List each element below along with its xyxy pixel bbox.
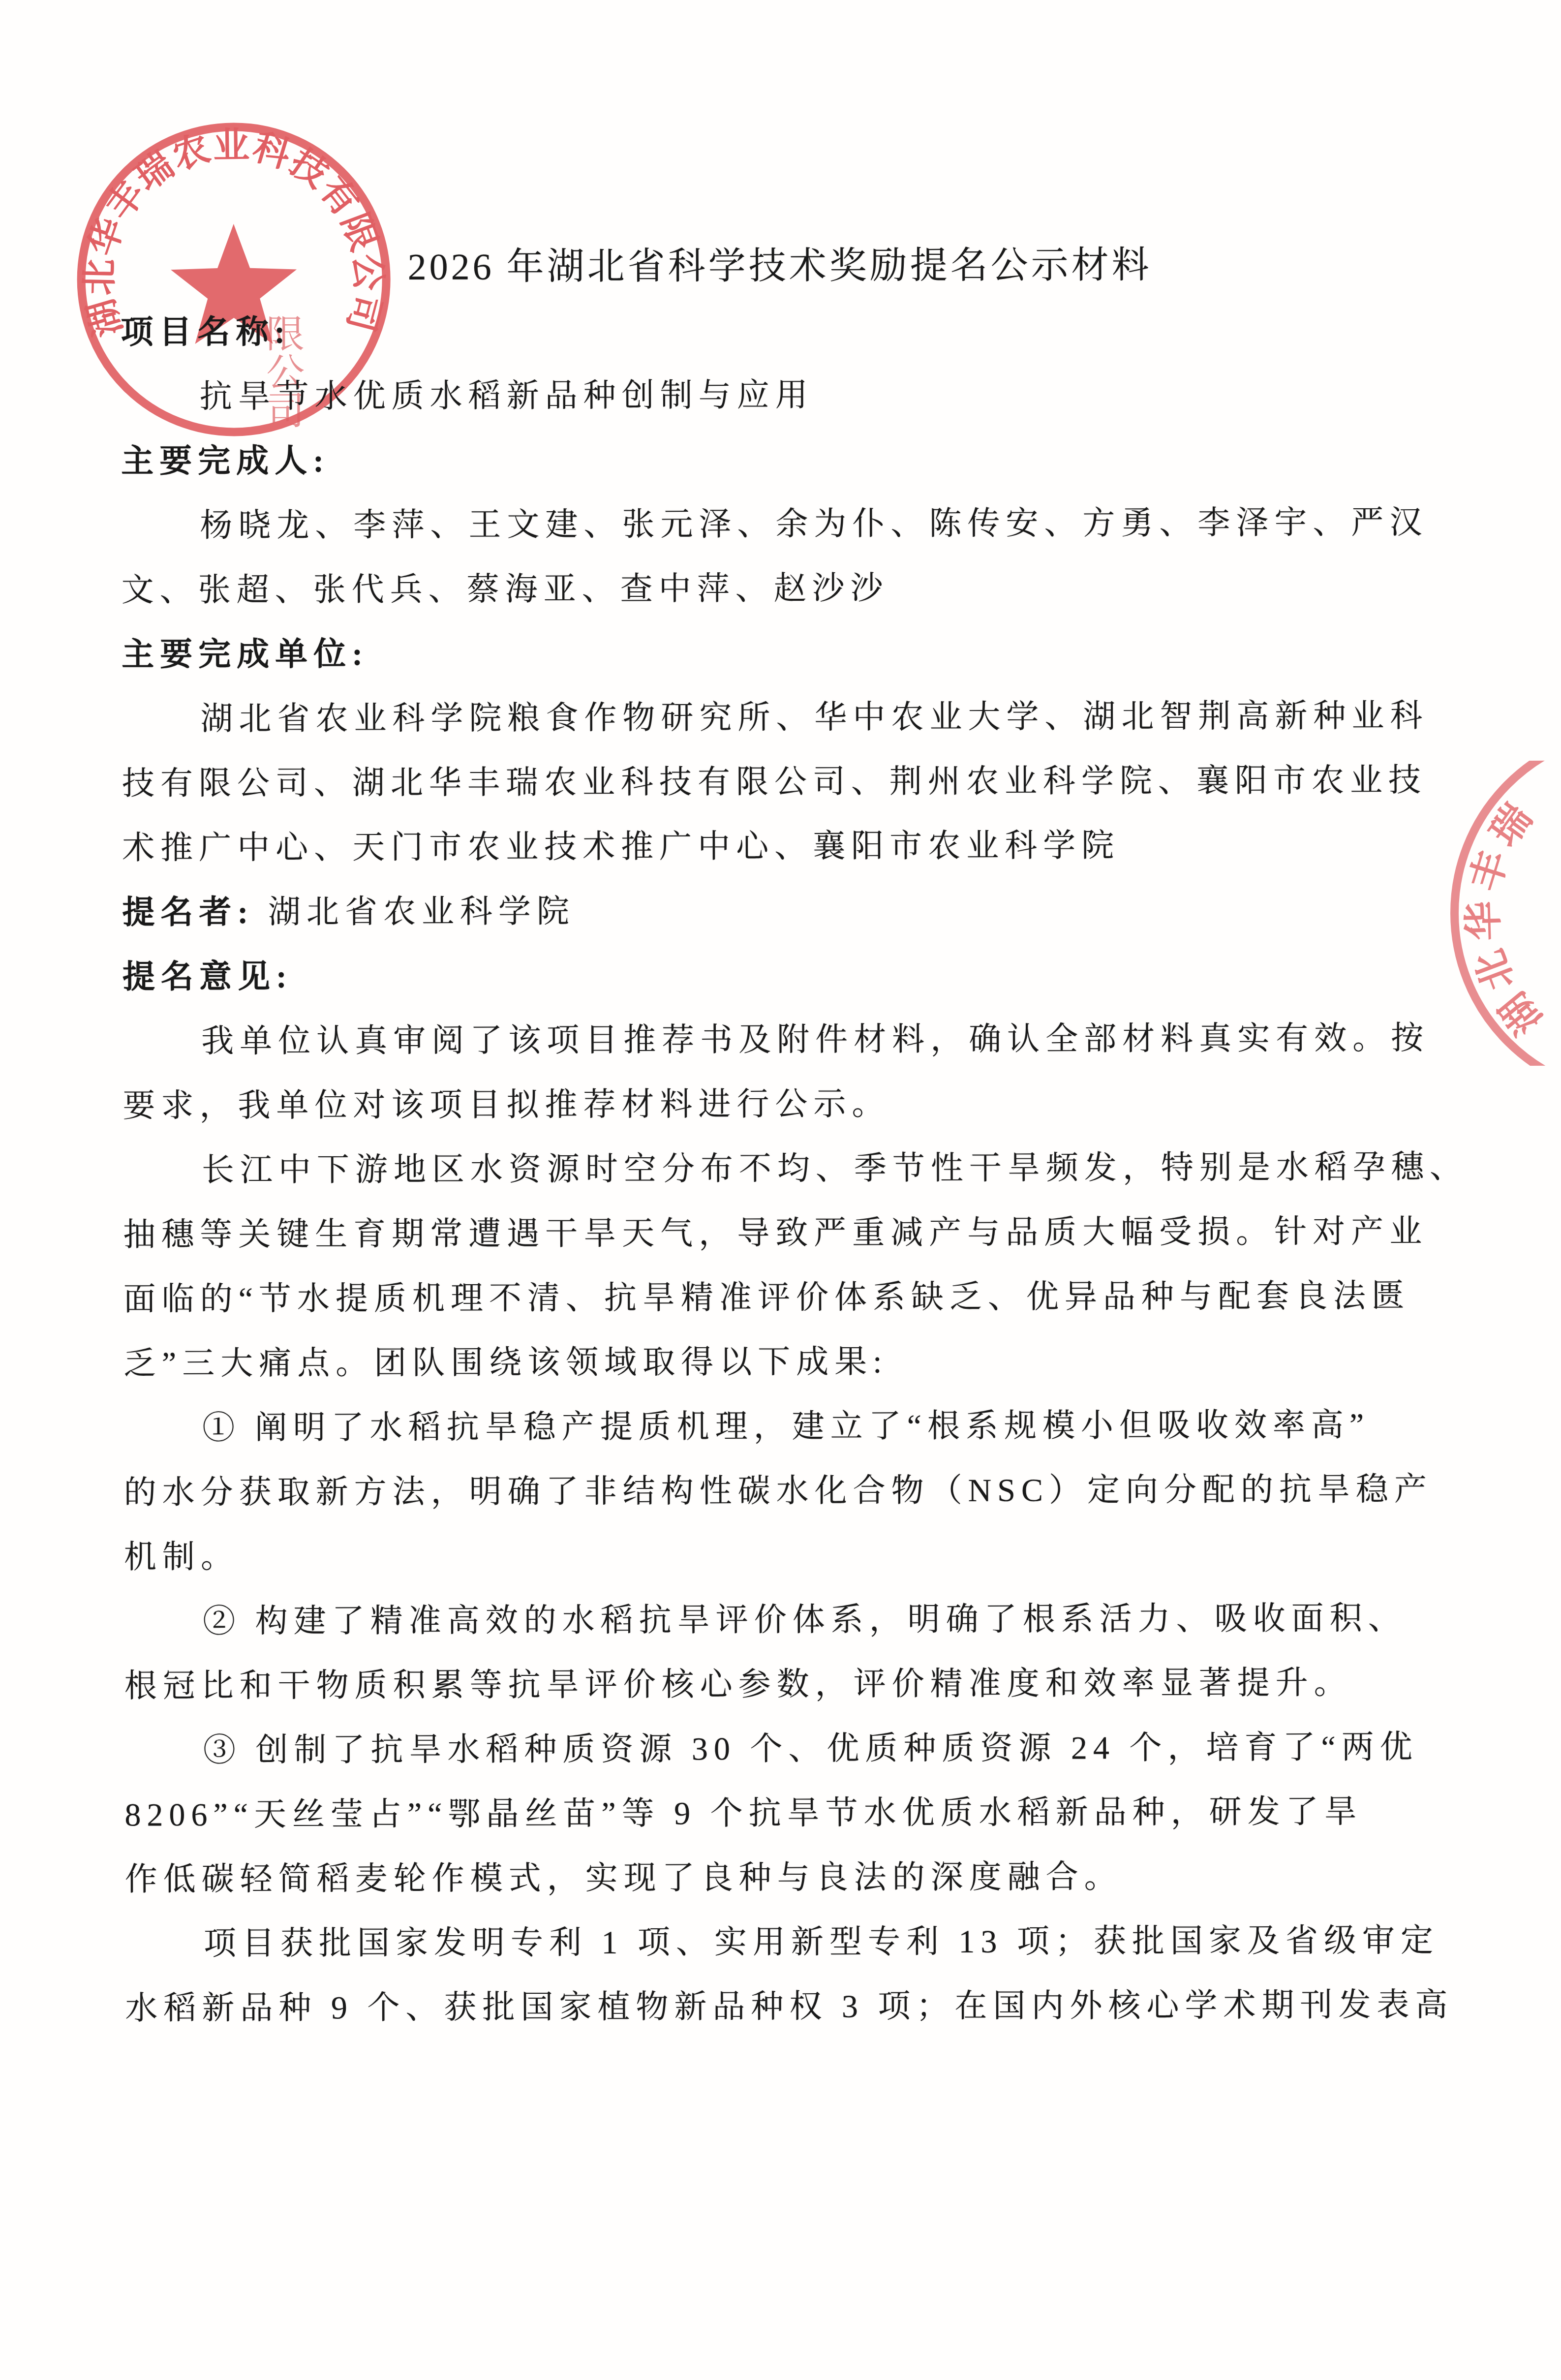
document-line-12: 提名意见: (122, 941, 1441, 1009)
document-line-8: 湖北省农业科学院粮食作物研究所、华中农业大学、湖北智荆高新种业科 (122, 683, 1440, 751)
document-line-21: 机制。 (124, 1521, 1442, 1589)
partial-seal-stamp: 湖北华丰瑞农业科技有限公司 (1437, 761, 1561, 1066)
scan-tilt-layer: 湖北华丰瑞农业科技有限公司 限公司 湖北华丰瑞农业科技有限公司 2026 年湖北… (0, 0, 1561, 2380)
document-line-20: 的水分获取新方法，明确了非结构性碳水化合物（NSC）定向分配的抗旱稳产 (123, 1457, 1442, 1525)
document-lines: 2026 年湖北省科学技术奖励提名公示材料项目名称:抗旱节水优质水稻新品种创制与… (121, 232, 1444, 2040)
document-line-2: 项目名称: (121, 297, 1439, 365)
document-line-22: ② 构建了精准高效的水稻抗旱评价体系，明确了根系活力、吸收面积、 (124, 1586, 1442, 1654)
nominator-label: 提名者: (122, 895, 254, 931)
document-line-10: 术推广中心、天门市农业技术推广中心、襄阳市农业科学院 (122, 812, 1440, 880)
document-line-7: 主要完成单位: (122, 619, 1440, 687)
document-page: 湖北华丰瑞农业科技有限公司 限公司 湖北华丰瑞农业科技有限公司 2026 年湖北… (0, 0, 1561, 2380)
document-line-6: 文、张超、张代兵、蔡海亚、查中萍、赵沙沙 (122, 555, 1440, 622)
document-line-16: 抽穗等关键生育期常遭遇干旱天气，导致严重减产与品质大幅受损。针对产业 (123, 1199, 1441, 1267)
document-line-3: 抗旱节水优质水稻新品种创制与应用 (121, 361, 1439, 429)
document-line-5: 杨晓龙、李萍、王文建、张元泽、余为仆、陈传安、方勇、李泽宇、严汉 (121, 490, 1439, 558)
document-line-18: 乏”三大痛点。团队围绕该领域取得以下成果: (123, 1328, 1442, 1396)
document-line-17: 面临的“节水提质机理不清、抗旱精准评价体系缺乏、优异品种与配套良法匮 (123, 1264, 1441, 1331)
document-line-9: 技有限公司、湖北华丰瑞农业科技有限公司、荆州农业科学院、襄阳市农业技 (122, 748, 1440, 816)
document-line-15: 长江中下游地区水资源时空分布不均、季节性干旱频发，特别是水稻孕穗、 (123, 1135, 1441, 1203)
document-line-13: 我单位认真审阅了该项目推荐书及附件材料，确认全部材料真实有效。按 (122, 1006, 1441, 1074)
document-line-4: 主要完成人: (121, 426, 1439, 494)
document-title: 2026 年湖北省科学技术奖励提名公示材料 (121, 232, 1439, 300)
document-line-28: 水稻新品种 9 个、获批国家植物新品种权 3 项；在国内外核心学术期刊发表高 (125, 1973, 1443, 2040)
document-line-24: ③ 创制了抗旱水稻种质资源 30 个、优质种质资源 24 个，培育了“两优 (124, 1715, 1443, 1783)
document-line-27: 项目获批国家发明专利 1 项、实用新型专利 13 项；获批国家及省级审定 (125, 1908, 1443, 1976)
document-line-11: 提名者: 湖北省农业科学院 (122, 877, 1440, 945)
document-line-26: 作低碳轻简稻麦轮作模式，实现了良种与良法的深度融合。 (124, 1844, 1443, 1912)
document-line-23: 根冠比和干物质积累等抗旱评价核心参数，评价精准度和效率显著提升。 (124, 1650, 1442, 1718)
document-line-14: 要求，我单位对该项目拟推荐材料进行公示。 (122, 1070, 1441, 1138)
document-line-19: ① 阐明了水稻抗旱稳产提质机理，建立了“根系规模小但吸收效率高” (123, 1392, 1442, 1460)
document-line-25: 8206”“天丝莹占”“鄂晶丝苗”等 9 个抗旱节水优质水稻新品种，研发了旱 (124, 1779, 1443, 1847)
